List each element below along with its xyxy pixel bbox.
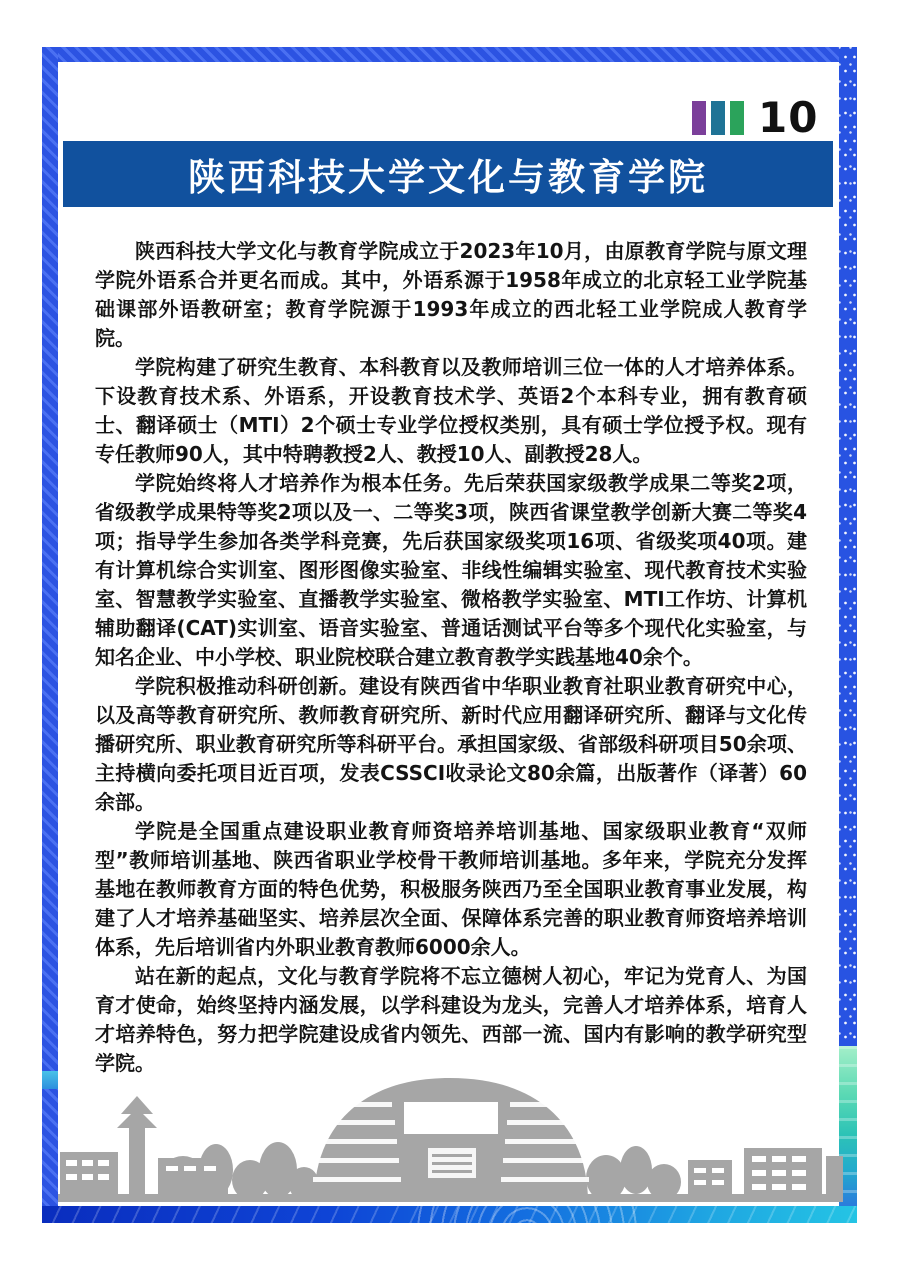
frame-border-left-cyan-accent (42, 1071, 58, 1089)
document-page: 10 陕西科技大学文化与教育学院 陕西科技大学文化与教育学院成立于2023年10… (0, 0, 900, 1272)
body-paragraph: 学院积极推动科研创新。建设有陕西省中华职业教育社职业教育研究中心，以及高等教育研… (95, 672, 807, 817)
body-paragraph: 学院是全国重点建设职业教育师资培养培训基地、国家级职业教育“双师型”教师培训基地… (95, 817, 807, 962)
page-marker-bar-green (730, 101, 744, 135)
page-marker-bar-blue (711, 101, 725, 135)
frame-border-bottom-ripple (417, 1206, 637, 1223)
title-banner: 陕西科技大学文化与教育学院 (63, 141, 833, 207)
campus-building-silhouette-image (58, 1062, 843, 1205)
body-text: 陕西科技大学文化与教育学院成立于2023年10月，由原教育学院与原文理学院外语系… (95, 237, 807, 1078)
page-marker-bar-purple (692, 101, 706, 135)
body-paragraph: 陕西科技大学文化与教育学院成立于2023年10月，由原教育学院与原文理学院外语系… (95, 237, 807, 353)
page-title: 陕西科技大学文化与教育学院 (188, 147, 708, 201)
page-marker: 10 (692, 101, 818, 135)
body-paragraph: 学院始终将人才培养作为根本任务。先后荣获国家级教学成果二等奖2项，省级教学成果特… (95, 469, 807, 672)
body-paragraph: 学院构建了研究生教育、本科教育以及教师培训三位一体的人才培养体系。下设教育技术系… (95, 353, 807, 469)
body-paragraph: 站在新的起点，文化与教育学院将不忘立德树人初心，牢记为党育人、为国育才使命，始终… (95, 962, 807, 1078)
frame-border-left (42, 47, 58, 1223)
frame-border-top (42, 47, 857, 62)
page-number: 10 (758, 101, 818, 135)
